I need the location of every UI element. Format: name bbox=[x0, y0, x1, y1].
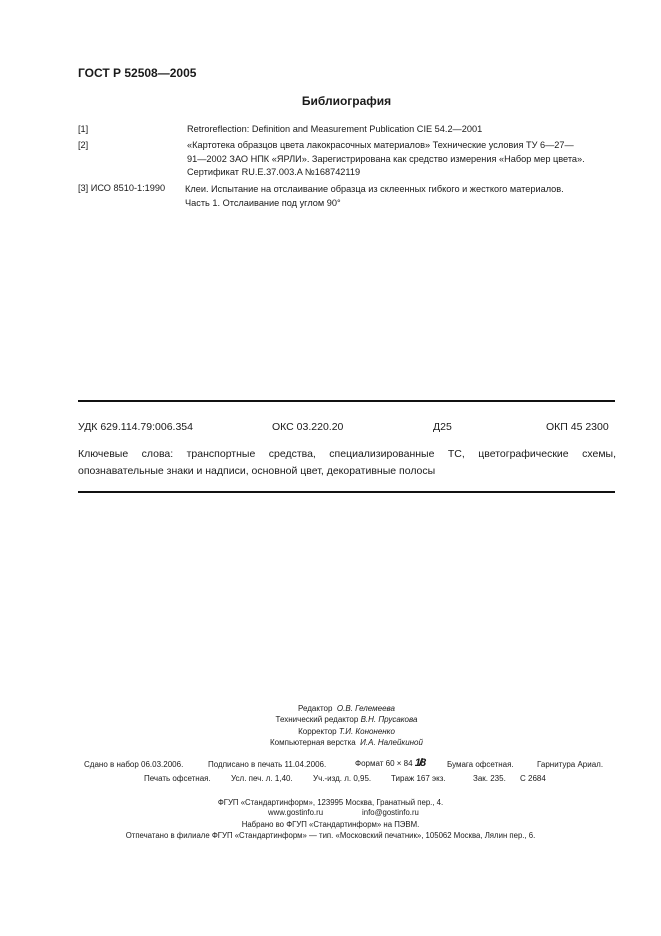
credits-editor: Редактор О.В. Гелемеева bbox=[0, 703, 661, 714]
credit-role: Компьютерная верстка bbox=[270, 738, 356, 747]
format: Формат 60 × 84 1/8 bbox=[355, 757, 424, 769]
reference-number: [1] bbox=[78, 123, 88, 136]
bibliography-title: Библиография bbox=[0, 94, 661, 108]
website-link[interactable]: www.gostinfo.ru bbox=[268, 808, 323, 817]
credit-name: И.А. Налейкиной bbox=[360, 738, 423, 747]
udk-code: УДК 629.114.79:006.354 bbox=[78, 421, 193, 433]
reference-number: [3] ИСО 8510-1:1990 bbox=[78, 182, 165, 195]
paper-type: Бумага офсетная. bbox=[447, 760, 514, 769]
print-type: Печать офсетная. bbox=[144, 774, 211, 783]
group-code: Д25 bbox=[433, 421, 452, 433]
publishing-sheets: Уч.-изд. л. 0,95. bbox=[313, 774, 371, 783]
email-link[interactable]: info@gostinfo.ru bbox=[362, 808, 419, 817]
print-code: С 2684 bbox=[520, 774, 546, 783]
credit-role: Редактор bbox=[298, 704, 332, 713]
credit-name: Т.И. Кононенко bbox=[339, 727, 395, 736]
format-fraction: 1/8 bbox=[415, 757, 424, 769]
credits-proofreader: Корректор Т.И. Кононенко bbox=[0, 726, 661, 737]
reference-text: Клеи. Испытание на отслаивание образца и… bbox=[185, 182, 617, 210]
credit-name: О.В. Гелемеева bbox=[337, 704, 395, 713]
reference-text: Retroreflection: Definition and Measurem… bbox=[187, 123, 619, 136]
credit-role: Корректор bbox=[298, 727, 337, 736]
typeset-info: Набрано во ФГУП «Стандартинформ» на ПЭВМ… bbox=[0, 819, 661, 830]
oks-code: ОКС 03.220.20 bbox=[272, 421, 343, 433]
format-label: Формат 60 × 84 bbox=[355, 759, 413, 768]
circulation: Тираж 167 экз. bbox=[391, 774, 446, 783]
reference-number: [2] bbox=[78, 139, 88, 152]
divider-bottom bbox=[78, 491, 615, 493]
divider-top bbox=[78, 400, 615, 402]
printed-info: Отпечатано в филиале ФГУП «Стандартинфор… bbox=[0, 830, 661, 841]
reference-line: 91—2002 ЗАО НПК «ЯРЛИ». Зарегистрирована… bbox=[187, 153, 619, 167]
credits-layout: Компьютерная верстка И.А. Налейкиной bbox=[0, 737, 661, 748]
publisher-address: ФГУП «Стандартинформ», 123995 Москва, Гр… bbox=[0, 797, 661, 808]
reference-line: Клеи. Испытание на отслаивание образца и… bbox=[185, 182, 617, 196]
reference-line: Сертификат RU.E.37.003.A №168742119 bbox=[187, 166, 619, 180]
credit-name: В.Н. Прусакова bbox=[361, 715, 418, 724]
reference-line: Часть 1. Отслаивание под углом 90° bbox=[185, 196, 617, 210]
credits-technical-editor: Технический редактор В.Н. Прусакова bbox=[0, 714, 661, 725]
reference-text: «Картотека образцов цвета лакокрасочных … bbox=[187, 139, 619, 180]
credit-role: Технический редактор bbox=[276, 715, 359, 724]
reference-line: Retroreflection: Definition and Measurem… bbox=[187, 123, 619, 136]
document-code: ГОСТ Р 52508—2005 bbox=[78, 66, 196, 80]
keywords: Ключевые слова: транспортные средства, с… bbox=[78, 446, 616, 480]
reference-line: «Картотека образцов цвета лакокрасочных … bbox=[187, 139, 619, 153]
typeface: Гарнитура Ариал. bbox=[537, 760, 603, 769]
signed-date: Подписано в печать 11.04.2006. bbox=[208, 760, 326, 769]
conventional-sheets: Усл. печ. л. 1,40. bbox=[231, 774, 293, 783]
typeset-date: Сдано в набор 06.03.2006. bbox=[84, 760, 183, 769]
okp-code: ОКП 45 2300 bbox=[546, 421, 609, 433]
order-number: Зак. 235. bbox=[473, 774, 506, 783]
